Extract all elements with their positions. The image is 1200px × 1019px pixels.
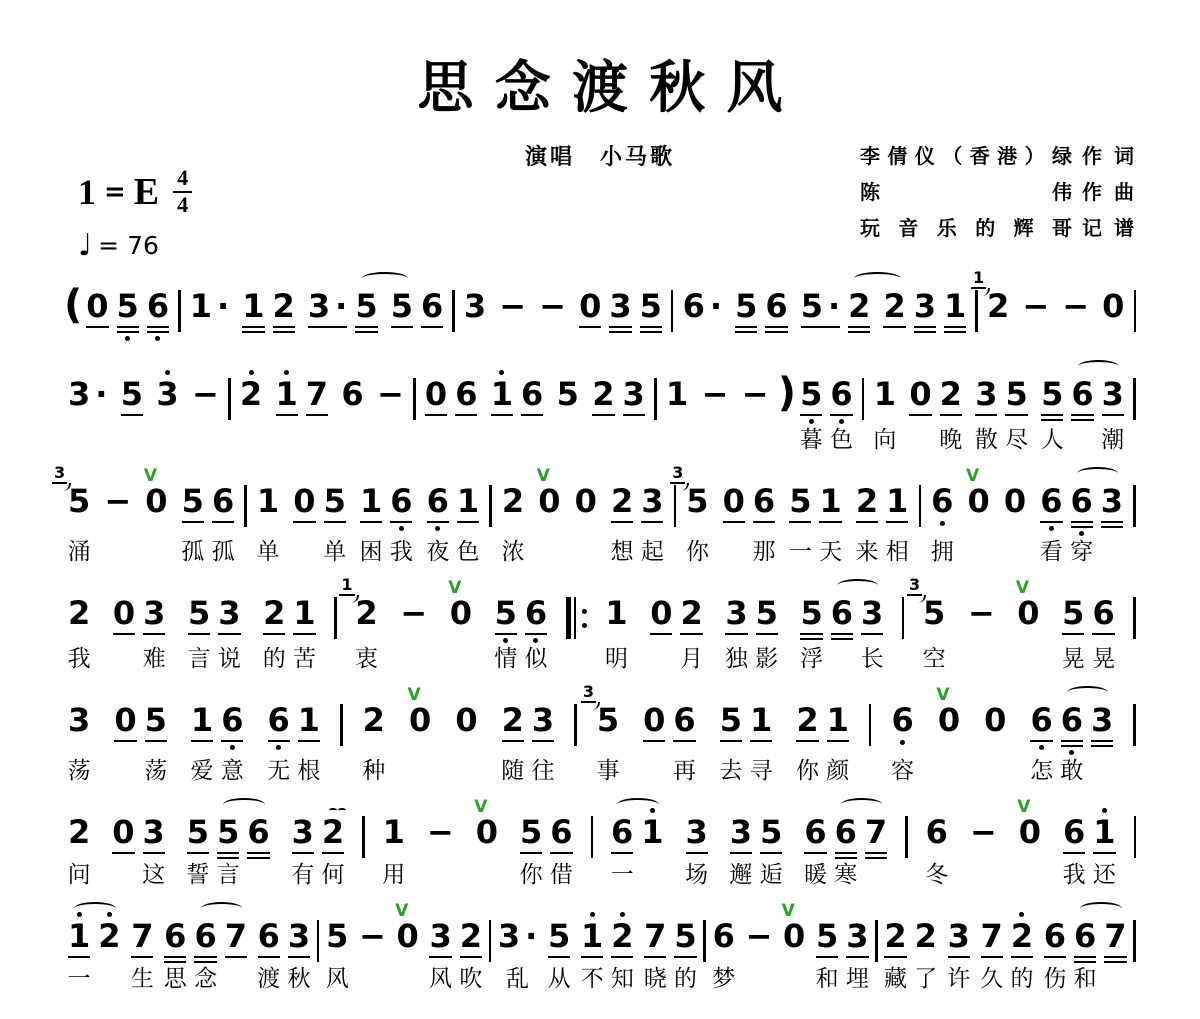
breath-mark-icon: V [537, 469, 550, 484]
lyric-char: 明 [605, 645, 628, 673]
note-group: V0 [472, 795, 502, 849]
underline-beam [391, 326, 413, 329]
underline-beam [322, 852, 344, 855]
ornament-zone [288, 899, 310, 919]
note-digit: 3 [623, 377, 645, 411]
lyric-char: 我 [68, 645, 91, 673]
note-digit: 2 [355, 596, 377, 630]
note: 6 [1036, 464, 1066, 531]
note: V0 [963, 464, 993, 518]
barline [1133, 485, 1136, 527]
underline-beam [804, 852, 826, 855]
note-digit: 3 [218, 596, 240, 630]
note-digit: 2 [796, 703, 818, 737]
note-group: 17 [272, 357, 333, 416]
underline-beam [944, 331, 966, 334]
notes-row: 203532112−V0561023556335−V056 [64, 576, 1136, 643]
note: 2 [588, 357, 618, 416]
note-digit: 7 [306, 377, 328, 411]
note: 35 [682, 464, 712, 518]
lyric-char: 颜 [826, 757, 849, 785]
note-digit: 0 [783, 919, 805, 953]
ornament-zone [498, 899, 537, 919]
note-digit: 2 [460, 919, 482, 953]
note: 12 [983, 269, 1013, 323]
ornament-zone [666, 357, 688, 377]
ornament-zone [830, 357, 852, 377]
ornament-zone: V [450, 576, 472, 596]
underline-beam [360, 521, 382, 524]
ornament-zone [363, 683, 385, 703]
ornament-zone [429, 899, 451, 919]
note: 0 [719, 464, 749, 523]
key-prefix: 1 [78, 171, 96, 213]
note-digit: 3 [914, 289, 936, 323]
notes-row: 127667635−V0323·512756−V05322372667 [64, 899, 1136, 963]
ornament-zone [650, 576, 672, 596]
ornament-zone [923, 576, 945, 596]
note-group: − [100, 464, 135, 518]
lyric-char: 还 [1093, 861, 1116, 889]
underline-beam [623, 414, 645, 417]
barline [317, 920, 320, 962]
note-digit: 6 [550, 815, 572, 849]
ornament-zone [746, 899, 773, 919]
lyric-char: 影 [755, 645, 778, 673]
ornament-zone [915, 899, 937, 919]
note-group: 02 [646, 576, 707, 635]
note: 1 [289, 576, 319, 635]
note-digit: 5 [800, 596, 822, 630]
note-digit: 5 [188, 596, 210, 630]
lyric-char: 独 [725, 645, 748, 673]
low-octave-dot [839, 419, 844, 424]
underline-beam [686, 852, 708, 855]
barline [862, 378, 865, 420]
note-digit: 6 [341, 377, 363, 411]
barline [574, 704, 577, 746]
underline-beam [1062, 633, 1084, 636]
tempo-value: 76 [127, 231, 159, 260]
note-group: 51 [716, 683, 777, 742]
lyric-char: 潮 [1101, 426, 1124, 454]
barline [362, 816, 365, 858]
note-digit: 5 [816, 919, 838, 953]
note-digit: 5 [735, 289, 757, 323]
underline-beam [948, 956, 970, 959]
ornament-zone [796, 683, 818, 703]
note: − [1058, 269, 1093, 323]
note: 12 [351, 576, 381, 630]
ornament-zone [400, 576, 427, 596]
lyric-char: 情 [494, 645, 517, 673]
tempo-marking: ♩ = 76 [78, 231, 192, 260]
ornament-zone [750, 683, 772, 703]
note-group: 16 [187, 683, 248, 750]
repeat-thick-bar [566, 597, 571, 639]
note-group: − [535, 269, 570, 323]
ornament-zone [742, 357, 769, 377]
note-digit: 3 [730, 815, 752, 849]
ornament-zone [292, 795, 314, 815]
note-group: 35 [919, 576, 949, 630]
underline-beam [883, 326, 905, 329]
lyric-char: 晃 [1062, 645, 1085, 673]
ornament-zone [293, 464, 315, 484]
note-group: 6· [679, 269, 726, 323]
underline-beam [143, 633, 165, 636]
note-group: V0 [1015, 795, 1045, 849]
note: 2 [676, 576, 706, 635]
note-digit: 0 [86, 289, 108, 323]
ornament-zone [491, 357, 513, 377]
note-digit: 2 [883, 289, 905, 323]
low-octave-dot [809, 419, 814, 424]
note-digit: 0 [1004, 484, 1026, 518]
ornament-zone [360, 464, 382, 484]
note-group: V0 [779, 899, 809, 953]
lyric-char: 乱 [506, 965, 529, 993]
note: V0 [779, 899, 809, 953]
lyrics-row: 暮色向晚散尽人潮 [64, 426, 1136, 456]
underline-beam [147, 331, 169, 334]
grace-note: 3 [581, 684, 596, 703]
note: V0 [934, 683, 964, 737]
note-group: 56 [1058, 576, 1119, 635]
underline-beam [801, 326, 840, 329]
notes-row: 35−V05610516612V0023350651216V00663 [64, 464, 1136, 536]
key-equals: = [104, 177, 126, 207]
ornament-zone [686, 795, 708, 815]
note-group: 0 [571, 464, 601, 518]
note-digit: 6 [931, 484, 953, 518]
lyric-char: 拥 [931, 538, 954, 566]
note-digit: 1 [874, 377, 896, 411]
note: 3 [288, 795, 318, 854]
ornament-zone [926, 795, 948, 815]
note-digit: 2 [502, 703, 524, 737]
note-group: 1 [379, 795, 409, 849]
tempo-equals: = [98, 231, 119, 260]
underline-beam [258, 956, 280, 959]
note-digit: 5 [68, 484, 90, 518]
lyric-char: 意 [221, 757, 244, 785]
ornament-zone [276, 357, 298, 377]
ornament-zone [502, 464, 524, 484]
ornament-zone [257, 464, 279, 484]
lyric-char: 冬 [925, 861, 948, 889]
underline-beam [1041, 419, 1063, 422]
note-digit: 6 [830, 377, 852, 411]
underline-beam [550, 852, 572, 855]
underline-beam [886, 521, 908, 524]
note-group: 53 [812, 899, 873, 958]
note: − [742, 899, 777, 953]
lyric-char: 不 [581, 965, 604, 993]
underline-beam [324, 521, 346, 524]
ornament-zone [502, 683, 524, 703]
note-group: 6 [709, 899, 739, 953]
music-line: (0561·123·5563−−0356·565·223112−−0 [64, 269, 1136, 341]
note: 7 [127, 899, 157, 958]
note-digit: 0 [1102, 289, 1124, 323]
note: 5· [797, 269, 844, 328]
note-digit: 1 [666, 377, 688, 411]
mordent-icon [329, 808, 346, 813]
lyric-char: 梦 [712, 965, 735, 993]
lyric-char: 种 [362, 757, 385, 785]
barline [919, 485, 922, 527]
note-digit: 5 [520, 815, 542, 849]
note: 3 [152, 357, 182, 411]
underline-beam [548, 956, 570, 959]
underline-beam [856, 521, 878, 524]
note-digit: 3 [861, 596, 883, 630]
note-digit: 6 [421, 289, 443, 323]
note: 5 [141, 683, 171, 742]
underline-beam [1071, 521, 1093, 524]
ornament-zone [188, 576, 210, 596]
note-digit: 6 [455, 377, 477, 411]
note-digit: 1 [257, 484, 279, 518]
barline [413, 378, 416, 420]
slur-arc [617, 798, 658, 811]
underline-beam [1101, 521, 1123, 524]
note-group: − [964, 576, 999, 630]
low-octave-dot [1079, 531, 1084, 536]
ornament-zone: V [967, 464, 989, 484]
ornament-zone [720, 683, 742, 703]
note: − [535, 269, 570, 323]
underline-beam [940, 414, 962, 417]
lyric-char: 想 [611, 538, 634, 566]
note-digit: 7 [981, 919, 1003, 953]
underline-beam [225, 956, 247, 959]
note-digit: 1 [827, 703, 849, 737]
note: 6 [386, 464, 416, 531]
breath-mark-icon: V [408, 688, 421, 703]
lyric-char: 一 [68, 965, 91, 993]
ornament-zone [931, 464, 953, 484]
ornament-zone: V [409, 683, 431, 703]
barline [178, 290, 181, 332]
underline-beam [673, 740, 695, 743]
barline [244, 485, 247, 527]
underline-beam [735, 331, 757, 334]
note: V0 [1015, 795, 1045, 849]
credit-row: 李倩仪（香港）绿作词 [860, 140, 1134, 169]
note: 5 [796, 357, 826, 424]
underline-beam [725, 633, 747, 636]
underline-beam [292, 852, 314, 855]
note: 2 [498, 683, 528, 742]
note: − [738, 357, 773, 411]
note-group: 32 [288, 795, 349, 854]
note: 0 [108, 795, 138, 854]
repeat-dots [582, 609, 587, 628]
lyrics-row: 问这誓言有何用你借一场邂逅暖寒冬我还 [64, 861, 1136, 891]
note: − [188, 357, 223, 411]
note-digit: 6 [194, 919, 216, 953]
ornament-zone [800, 357, 822, 377]
ornament-zone [804, 795, 826, 815]
underline-beam [1063, 852, 1085, 855]
underline-beam [848, 326, 870, 329]
mordent-arc [338, 808, 346, 813]
ornament-zone [800, 576, 822, 596]
underline-beam [848, 331, 870, 334]
note-digit: 6 [765, 289, 787, 323]
note-digit: 2 [848, 289, 870, 323]
ornament-zone: V [476, 795, 498, 815]
ornament-zone [187, 795, 209, 815]
breath-mark-icon: V [395, 904, 408, 919]
note-digit: 2 [611, 919, 633, 953]
parenthesis: ( [64, 286, 82, 324]
note: 3· [304, 269, 351, 328]
note: 3 [605, 269, 635, 333]
note-digit: 6 [1092, 596, 1114, 630]
lyric-char: 用 [382, 861, 405, 889]
ornament-zone [68, 795, 90, 815]
lyric-char: 风 [326, 965, 349, 993]
barline [703, 920, 706, 962]
note-digit: 0 [723, 484, 745, 518]
lyric-char: 邂 [729, 861, 752, 889]
note-digit: 5· [801, 289, 840, 323]
lyric-char: 你 [686, 538, 709, 566]
note-digit: 6 [247, 815, 269, 849]
underline-beam [831, 633, 853, 636]
note-digit: 6 [1044, 919, 1066, 953]
note: 6 [417, 269, 447, 328]
underline-beam [865, 857, 887, 860]
note: 1 [1089, 795, 1119, 854]
underline-beam [1005, 414, 1027, 417]
lyric-char: 你 [796, 757, 819, 785]
underline-beam [273, 326, 295, 329]
underline-beam [1061, 740, 1083, 743]
note-group: − [966, 795, 1001, 849]
note-digit: 0 [409, 703, 431, 737]
underline-beam [194, 961, 216, 964]
note: 1 [662, 357, 692, 411]
note-group: 03 [108, 795, 169, 854]
lyric-char: 尽 [1005, 426, 1028, 454]
page-title: 思念渡秋风 [0, 44, 1200, 124]
credit-row: 陈 伟作曲 [860, 176, 1134, 205]
ornament-zone [1062, 269, 1089, 289]
ornament-zone [856, 464, 878, 484]
quarter-note-icon: ♩ [78, 233, 92, 259]
underline-beam [217, 857, 239, 860]
ornament-zone [944, 269, 966, 289]
note-digit: 1 [242, 289, 264, 323]
ornament-zone [1092, 576, 1114, 596]
credit-role: 作曲 [1082, 176, 1134, 205]
note: 5 [1058, 576, 1088, 635]
note: 3 [64, 683, 94, 737]
lyric-char: 孤 [212, 538, 235, 566]
underline-beam [611, 956, 633, 959]
credit-row: 玩 音 乐 的 辉 哥记谱 [860, 212, 1134, 241]
note-group: (056 [64, 269, 173, 341]
lyric-char: 和 [816, 965, 839, 993]
note: 1 [487, 357, 517, 416]
note-digit: 1 [491, 377, 513, 411]
note-digit: 1 [581, 919, 603, 953]
underline-beam [861, 633, 883, 636]
note-group: 72 [977, 899, 1038, 958]
note: 2 [792, 683, 822, 742]
note-digit: 5 [760, 815, 782, 849]
note-group: − [698, 357, 733, 411]
note-digit: 0 [293, 484, 315, 518]
note: 3 [214, 576, 244, 635]
note-digit: 2 [884, 919, 906, 953]
low-octave-dot [230, 745, 235, 750]
note: 3 [682, 795, 712, 854]
breath-mark-icon: V [448, 581, 461, 596]
note: − [100, 464, 135, 518]
note-group: 63 [254, 899, 315, 958]
note-digit: 2 [68, 815, 90, 849]
lyric-char: 困 [360, 538, 383, 566]
ornament-zone [886, 464, 908, 484]
note-group: 02 [905, 357, 966, 416]
barline [489, 920, 492, 962]
underline-beam [520, 852, 542, 855]
note-digit: − [970, 815, 997, 849]
underline-beam [914, 331, 936, 334]
lyric-char: 那 [752, 538, 775, 566]
note: 2 [236, 357, 266, 411]
underline-beam [1092, 633, 1114, 636]
note: 6 [922, 795, 952, 849]
lyric-char: 许 [947, 965, 970, 993]
underline-beam [611, 521, 633, 524]
note-digit: 3· [308, 289, 347, 323]
underline-beam [1041, 414, 1063, 417]
ornament-zone: V [938, 683, 960, 703]
underline-beam [846, 956, 868, 959]
underline-beam [730, 852, 752, 855]
underline-beam [117, 326, 139, 329]
note-group: − [373, 357, 408, 411]
note: 0 [980, 683, 1010, 737]
underline-beam [532, 740, 554, 743]
note: 0 [421, 357, 451, 416]
note-digit: 7 [131, 919, 153, 953]
slur-arc [74, 902, 115, 915]
lyrics-row: 一生思念渡秋风风吹乱从不知晓的梦和埋藏了许久的伤和 [64, 965, 1136, 995]
note: 5 [716, 683, 746, 742]
note: 0 [575, 269, 605, 328]
ornament-zone [532, 683, 554, 703]
slur-arc [837, 579, 878, 592]
lyric-char: 似 [524, 645, 547, 673]
underline-beam [1091, 745, 1113, 748]
underline-beam [640, 331, 662, 334]
ornament-zone [145, 683, 167, 703]
ornament-zone [460, 899, 482, 919]
note: − [495, 269, 530, 323]
lyric-char: 的 [674, 965, 697, 993]
note-digit: 6 [525, 596, 547, 630]
barline [671, 290, 674, 332]
note: 2 [852, 464, 882, 523]
ornament-zone [723, 464, 745, 484]
